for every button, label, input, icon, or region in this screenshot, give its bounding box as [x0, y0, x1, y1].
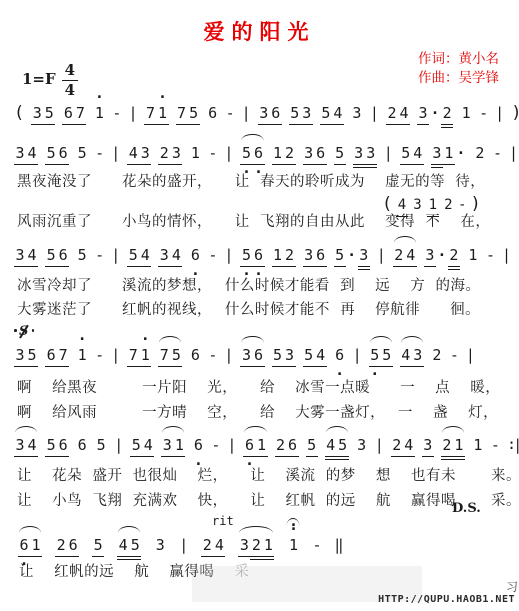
note: 4	[26, 434, 38, 457]
note: 6	[67, 534, 79, 557]
note: 5	[43, 102, 55, 125]
note-group: 1·	[76, 344, 88, 366]
note-group: 36	[303, 244, 327, 267]
note-group: |	[227, 434, 236, 456]
note: 4	[405, 244, 417, 267]
note: 6	[315, 244, 327, 267]
note: 3	[284, 344, 296, 367]
note-group: 12	[272, 142, 296, 165]
note-group: 67	[62, 102, 86, 125]
note-group: 6·	[189, 244, 201, 266]
note-group: 6	[207, 102, 219, 124]
note: 5	[272, 344, 284, 367]
note: 2	[393, 244, 405, 267]
note: 2	[55, 534, 67, 557]
note: 3	[238, 534, 250, 557]
note-group: 24	[201, 534, 225, 557]
note: 5	[381, 344, 393, 367]
note-group: 6·	[334, 344, 346, 366]
note: 2	[474, 142, 486, 164]
note-group: 31·	[431, 142, 467, 168]
note-group: 34	[14, 434, 38, 457]
note: 5	[92, 534, 104, 557]
note-group: -	[491, 434, 500, 456]
note-group: 54	[127, 244, 151, 267]
note: 2	[284, 142, 296, 165]
note-group: 6·1	[18, 534, 42, 557]
note-group: -	[95, 344, 104, 366]
note-group: 36	[258, 102, 282, 125]
note-group: 5·5	[369, 344, 393, 367]
note: 5	[170, 344, 182, 367]
note: 5	[306, 434, 318, 457]
note-group: 5·6·	[240, 142, 264, 165]
note-group: 71·	[127, 344, 151, 367]
note-group: 34	[14, 244, 38, 267]
note: 4	[142, 434, 154, 457]
note-group: |	[502, 244, 511, 266]
composer: 作曲：吴学锋	[418, 69, 499, 88]
note-group: 5	[334, 142, 346, 165]
note: 4	[325, 434, 337, 460]
note: 2	[391, 434, 403, 457]
slur-arc	[118, 526, 140, 533]
note: 6	[57, 142, 69, 165]
note: 5	[95, 434, 107, 456]
note: 2	[448, 244, 460, 270]
note-group: 56	[45, 434, 69, 457]
slur-arc	[239, 526, 273, 533]
slur-arc	[241, 134, 263, 141]
note: 6	[287, 434, 299, 457]
sheet-music-page: 爱的阳光 1=F44 作词：黄小名 作曲：吴学锋 (35671·-|71·756…	[0, 0, 519, 611]
note-group: |	[466, 344, 475, 366]
lyrics-row-9-text: 让 红帆的远 航 赢得	[19, 564, 199, 580]
note-group: 23	[158, 142, 182, 165]
music-line-coda: 6·1265453|243211··-‖	[18, 534, 356, 560]
note: 5·	[240, 244, 252, 267]
note: 5	[76, 142, 88, 164]
note: 1·	[157, 102, 169, 125]
note-group: 3·2	[424, 244, 460, 270]
note: 6	[57, 434, 69, 457]
note-group: 3	[422, 434, 434, 457]
note: 6	[315, 142, 327, 165]
ritardando-label: rit	[212, 514, 234, 528]
note-group: -	[95, 244, 104, 266]
note: 5	[129, 534, 141, 560]
note: 2	[158, 142, 170, 165]
note: 1	[272, 142, 284, 165]
note: 4	[26, 244, 38, 267]
note: 5	[127, 244, 139, 267]
note-group: (	[14, 102, 24, 124]
note-group: 75	[176, 102, 200, 125]
note: 1	[272, 244, 284, 267]
note-group: 43	[127, 142, 151, 165]
note-group: 5·3	[334, 244, 370, 270]
note: 5	[337, 434, 349, 460]
slur-arc	[370, 336, 392, 343]
note: 1··	[287, 534, 299, 556]
note-group: )	[511, 102, 519, 124]
note: 3	[14, 344, 26, 367]
note: 1	[262, 534, 274, 560]
note: 1	[30, 534, 42, 557]
note: 4	[400, 344, 412, 367]
note: 5	[334, 142, 346, 165]
note: 3	[358, 244, 370, 270]
note: 1·	[93, 102, 105, 124]
note: 4	[332, 102, 344, 125]
note-group: |	[224, 244, 233, 266]
note: 3	[158, 244, 170, 267]
note-group: 26	[275, 434, 299, 457]
note-group: 53	[272, 344, 296, 367]
note-group: 54	[130, 434, 154, 457]
note-group: 54	[400, 142, 424, 165]
segno-icon	[16, 324, 30, 339]
note-group: |	[111, 142, 120, 164]
note: 2	[386, 102, 398, 125]
note: 6	[62, 102, 74, 125]
music-line-verse2: 34565-|54346·-|5·6·12365·3|243·21-|	[14, 244, 518, 270]
note-group: -	[112, 102, 121, 124]
note: 6·	[252, 244, 264, 267]
note-group: 2	[431, 344, 443, 366]
note-group: 24	[391, 434, 415, 457]
note-group: 75	[158, 344, 182, 367]
note: 5	[400, 142, 412, 165]
slur-arc	[241, 336, 263, 343]
note: 4	[26, 142, 38, 165]
note: 4	[412, 142, 424, 165]
note: 7	[158, 344, 170, 367]
note: 5·	[240, 142, 252, 165]
note-group: 56	[45, 244, 69, 267]
note: 1·	[139, 344, 151, 367]
note: 3	[301, 102, 313, 125]
note: 6	[57, 244, 69, 267]
note-group: |	[128, 102, 137, 124]
lyrics-row-2: 风雨沉重了 小鸟的情怀， 让 飞翔的自由从此 变得 不 在，	[17, 210, 490, 231]
note: 3	[351, 102, 363, 124]
note: 3	[161, 434, 173, 457]
note: 5·	[369, 344, 381, 367]
note-group: -	[208, 142, 217, 164]
note: 7	[144, 102, 156, 125]
note-group: |	[495, 102, 504, 124]
note-group: 6·1	[243, 434, 267, 457]
music-line-chorus1: 35671·-|71·756-|3653546·|5·5432-|	[14, 344, 482, 370]
note-group: 71·	[144, 102, 168, 125]
note: 6	[45, 344, 57, 367]
slur-arc	[159, 336, 181, 343]
slur-arc	[244, 426, 266, 433]
note-group: 321	[238, 534, 274, 560]
note-group: -	[226, 102, 235, 124]
note: 6	[252, 344, 264, 367]
note: 4	[403, 434, 415, 457]
note: 2	[431, 344, 443, 366]
note: 5	[303, 344, 315, 367]
note: 3	[422, 434, 434, 457]
time-signature-bottom: 4	[62, 81, 78, 98]
note-group: |	[179, 534, 188, 556]
note: 2	[441, 434, 453, 460]
slur-arc	[15, 426, 37, 433]
note-group: |	[111, 344, 120, 366]
note: 6·	[243, 434, 255, 457]
note: 1·	[76, 344, 88, 366]
lyrics-row-6: 啊 给风雨 一方晴 空， 给 大雾一盏灯， 一 盏 灯，	[17, 401, 498, 422]
note-group: |	[224, 344, 233, 366]
slur-arc	[19, 526, 41, 533]
note-group: |	[375, 434, 384, 456]
note-group: 35	[31, 102, 55, 125]
segno-dot-right	[32, 329, 35, 332]
note-group: |	[353, 344, 362, 366]
note: 1	[255, 434, 267, 457]
note-group: 5	[92, 534, 104, 557]
note-group: 21	[441, 434, 465, 460]
note: 3	[365, 142, 377, 168]
note-group: |	[509, 142, 518, 164]
lyrics-row-4: 大雾迷茫了 红帆的视线， 什么时候才能不 再 停航徘 徊。	[17, 298, 480, 319]
source-site-url: HTTP://QUPU.HAOB1.NET	[378, 594, 515, 605]
note: 5	[334, 244, 346, 267]
note: 3	[353, 142, 365, 168]
note-group: -	[95, 142, 104, 164]
note: 4	[213, 534, 225, 557]
lyrics-row-5: 啊 给黑夜 一片阳 光， 给 冰雪一点暖 一 点 暖，	[17, 376, 500, 397]
note: 3	[303, 244, 315, 267]
note-group: |	[114, 434, 123, 456]
note: 1	[453, 434, 465, 460]
note-group: 3	[154, 534, 166, 556]
note-group: 67	[45, 344, 69, 367]
note-group: 6	[189, 344, 201, 366]
lyrics-row-1: 黑夜淹没了 花朵的盛开， 让 春天的聆听成为 虚无的等 待，	[17, 170, 485, 191]
note-group: ‖	[335, 534, 343, 556]
watermark-character: 习	[506, 578, 518, 595]
note: 6·	[18, 534, 30, 557]
note: 3	[240, 344, 252, 367]
note-group: 24	[386, 102, 410, 125]
note-group: 45	[325, 434, 349, 460]
music-line-intro: (35671·-|71·756-|3653543|243·21-|)	[14, 102, 519, 128]
note-group: |	[384, 142, 393, 164]
credits: 作词：黄小名 作曲：吴学锋	[418, 50, 499, 88]
note: 2	[441, 102, 453, 128]
note-group: 6·	[192, 434, 204, 456]
note: 4	[315, 344, 327, 367]
music-line-verse1: 34565-|43231-|5·6·1236533|5431·2-|	[14, 142, 519, 168]
note: 4	[139, 244, 151, 267]
note: 3	[417, 102, 429, 125]
note-group: 36	[303, 142, 327, 165]
note: 1	[189, 142, 201, 164]
note: 3	[303, 142, 315, 165]
note: 6	[207, 102, 219, 124]
note-group: 5	[76, 244, 88, 266]
lyrics-row-9-faded-2: 采	[214, 564, 249, 580]
note-group: 56	[45, 142, 69, 165]
note-group: -	[450, 344, 459, 366]
slur-arc	[442, 426, 464, 433]
note-group: ∶‖	[507, 434, 519, 456]
note: 1	[472, 434, 484, 456]
note: 3	[412, 344, 424, 367]
note-group: 31	[161, 434, 185, 457]
note: 5	[45, 434, 57, 457]
note-group: 53	[289, 102, 313, 125]
note-group: 26	[55, 534, 79, 557]
note: 2	[284, 244, 296, 267]
note-group: 3·2	[417, 102, 453, 128]
note: 5	[130, 434, 142, 457]
note: 1	[173, 434, 185, 457]
note-group: -	[486, 244, 495, 266]
note: 2	[250, 534, 262, 560]
note-group: 6	[76, 434, 88, 456]
note: 5	[45, 244, 57, 267]
note: 5	[76, 244, 88, 266]
note: 6·	[334, 344, 346, 366]
note: 4	[127, 142, 139, 165]
note: 5	[188, 102, 200, 125]
note-group: |	[242, 102, 251, 124]
note: 7	[127, 344, 139, 367]
note: 7	[176, 102, 188, 125]
key-signature: 1=F44	[22, 62, 78, 98]
note-group: 43	[400, 344, 424, 367]
note-group: 5	[95, 434, 107, 456]
note-group: 2	[474, 142, 486, 164]
note: 3	[14, 434, 26, 457]
slur-arc	[401, 336, 423, 343]
note: 3	[154, 534, 166, 556]
note: 1	[460, 102, 472, 124]
lyricist: 作词：黄小名	[418, 50, 499, 69]
note-group: 1	[189, 142, 201, 164]
note-group: 1·	[93, 102, 105, 124]
note: 4	[117, 534, 129, 560]
note-group: -	[208, 344, 217, 366]
note-group: |	[377, 244, 386, 266]
note-group: 5	[76, 142, 88, 164]
segno-dot-left	[14, 329, 17, 332]
note-group: 1	[467, 244, 479, 266]
note: 5	[45, 142, 57, 165]
note: 3	[14, 244, 26, 267]
lyrics-row-8: 让 小鸟 飞翔 充满欢 快， 让 红帆 的远 航 赢得喝 采。	[17, 489, 519, 510]
note: 7	[57, 344, 69, 367]
slur-arc	[326, 426, 348, 433]
note: 3	[14, 142, 26, 165]
note-group: -	[493, 142, 502, 164]
note: 3	[31, 102, 43, 125]
note-group: 34	[14, 142, 38, 165]
note-group: |	[370, 102, 379, 124]
slur-arc	[162, 426, 184, 433]
note-group: |	[224, 142, 233, 164]
note-group: 34	[158, 244, 182, 267]
note-group: -	[211, 434, 220, 456]
note: 1	[467, 244, 479, 266]
note: 3	[170, 142, 182, 165]
note-group: 3	[356, 434, 368, 456]
note: 5	[289, 102, 301, 125]
time-signature-top: 4	[62, 62, 78, 81]
note-group: -	[312, 534, 321, 556]
note-group: |	[111, 244, 120, 266]
lyrics-row-9: 让 红帆的远 航 赢得喝 采	[19, 560, 249, 581]
note-group: -	[479, 102, 488, 124]
note: 6·	[192, 434, 204, 456]
note-group: 1	[472, 434, 484, 456]
note: 3	[356, 434, 368, 456]
lyrics-row-7: 让 花朵 盛开 也很灿 烂， 让 溪流 的梦 想 也有未 来。	[17, 464, 519, 485]
note: 3	[139, 142, 151, 165]
note: 3	[431, 142, 443, 168]
note-group: 24	[393, 244, 417, 267]
note-group: 5·6·	[240, 244, 264, 267]
note: 6	[189, 344, 201, 366]
note-group: 1	[460, 102, 472, 124]
note-group: 5	[306, 434, 318, 457]
key-label: 1=F	[22, 70, 56, 88]
lyrics-row-3: 冰雪冷却了 溪流的梦想， 什么时候才能看 到 远 方 的海。	[17, 274, 481, 295]
note-group: 1··	[287, 534, 299, 556]
note-group: 36	[240, 344, 264, 367]
note: 2	[201, 534, 213, 557]
note-group: 12	[272, 244, 296, 267]
song-title: 爱的阳光	[0, 16, 519, 46]
note-group: 54	[303, 344, 327, 367]
note-group: 3	[351, 102, 363, 124]
note: 5	[320, 102, 332, 125]
note-group: 45	[117, 534, 141, 560]
note: 6	[270, 102, 282, 125]
note-group: -	[208, 244, 217, 266]
note: 6·	[189, 244, 201, 266]
note: 2	[275, 434, 287, 457]
lyrics-row-9-faded: 喝	[199, 564, 214, 580]
note-group: 54	[320, 102, 344, 125]
note: 3	[258, 102, 270, 125]
note-group: 33	[353, 142, 377, 168]
note: 6·	[252, 142, 264, 165]
slur-arc	[394, 236, 416, 243]
note: 1	[443, 142, 455, 165]
note: 4	[398, 102, 410, 125]
note-group: 35	[14, 344, 38, 367]
time-signature: 44	[62, 62, 78, 98]
note: 4	[170, 244, 182, 267]
music-line-chorus2: 345665|54316·-|6·1265453|243211-∶‖	[14, 434, 519, 460]
note: 5	[26, 344, 38, 367]
note: 3	[424, 244, 436, 267]
note: 6	[76, 434, 88, 456]
note: 7	[74, 102, 86, 125]
